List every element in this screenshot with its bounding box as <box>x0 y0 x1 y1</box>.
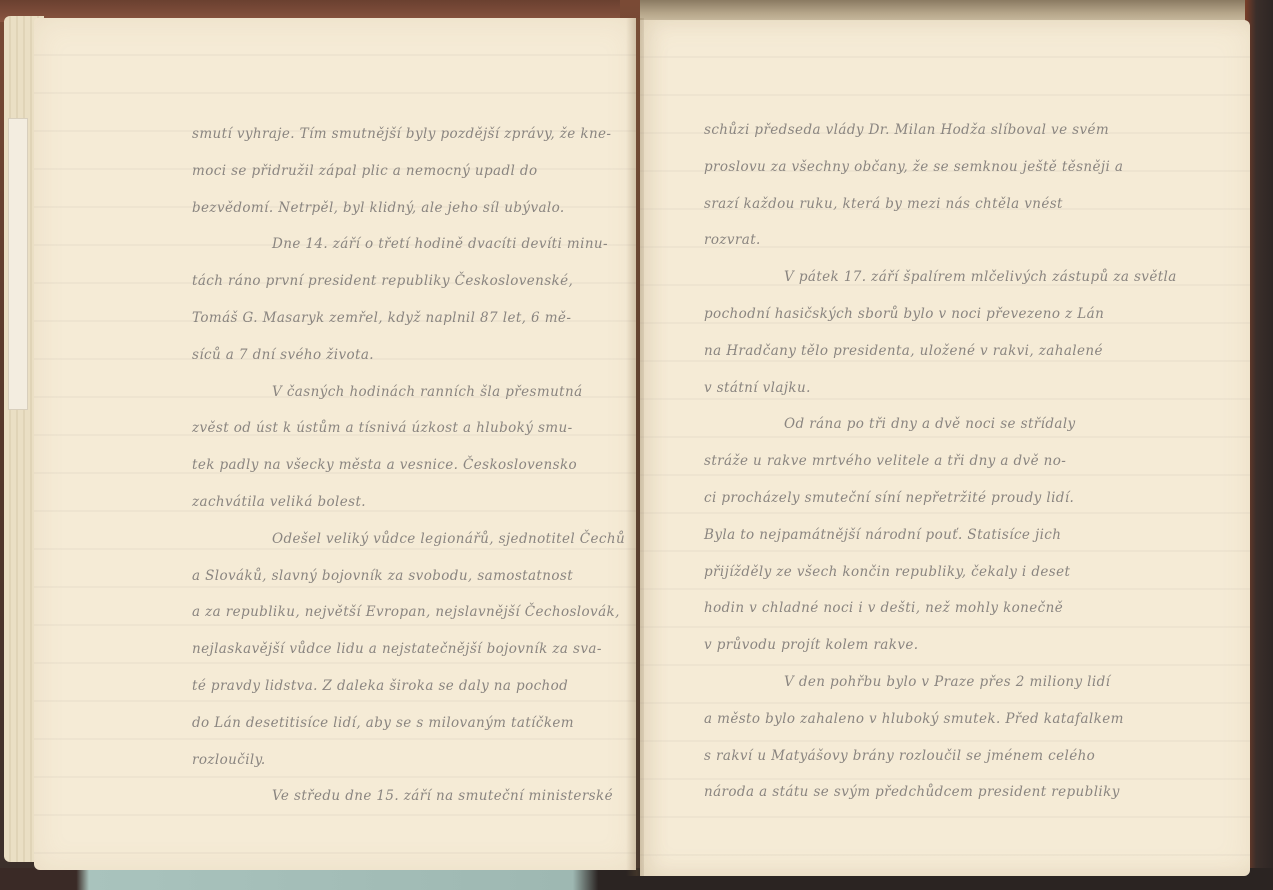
handwritten-line: Od rána po tři dny a dvě noci se střídal… <box>704 406 1164 443</box>
handwritten-line: síců a 7 dní svého života. <box>192 337 642 374</box>
left-page: smutí vyhraje. Tím smutnější byly pozděj… <box>34 18 636 870</box>
handwritten-line: V pátek 17. září špalírem mlčelivých zás… <box>704 259 1164 296</box>
handwritten-line: Ve středu dne 15. září na smuteční minis… <box>192 778 642 815</box>
handwritten-line: V časných hodinách ranních šla přesmutná <box>192 374 642 411</box>
right-page-text: schůzi předseda vlády Dr. Milan Hodža sl… <box>704 112 1164 811</box>
handwritten-line: do Lán desetitisíce lidí, aby se s milov… <box>192 705 642 742</box>
handwritten-line: národa a státu se svým předchůdcem presi… <box>704 774 1164 811</box>
handwritten-line: bezvědomí. Netrpěl, byl klidný, ale jeho… <box>192 190 642 227</box>
handwritten-line: a za republiku, největší Evropan, nejsla… <box>192 594 642 631</box>
handwritten-line: a Slováků, slavný bojovník za svobodu, s… <box>192 558 642 595</box>
left-page-text: smutí vyhraje. Tím smutnější byly pozděj… <box>192 116 642 815</box>
handwritten-line: s rakví u Matyášovy brány rozloučil se j… <box>704 738 1164 775</box>
page-block-top-edge <box>640 0 1245 22</box>
handwritten-line: zachvátila veliká bolest. <box>192 484 642 521</box>
handwritten-line: rozvrat. <box>704 222 1164 259</box>
handwritten-line: ci procházely smuteční síní nepřetržité … <box>704 480 1164 517</box>
handwritten-line: pochodní hasičských sborů bylo v noci př… <box>704 296 1164 333</box>
book-gutter <box>626 18 644 876</box>
bookmark-tab <box>8 118 28 410</box>
handwritten-line: stráže u rakve mrtvého velitele a tři dn… <box>704 443 1164 480</box>
handwritten-line: té pravdy lidstva. Z daleka široka se da… <box>192 668 642 705</box>
handwritten-line: tách ráno první president republiky Česk… <box>192 263 642 300</box>
handwritten-line: v státní vlajku. <box>704 370 1164 407</box>
handwritten-line: rozloučily. <box>192 742 642 779</box>
handwritten-line: v průvodu projít kolem rakve. <box>704 627 1164 664</box>
handwritten-line: srazí každou ruku, která by mezi nás cht… <box>704 186 1164 223</box>
handwritten-line: schůzi předseda vlády Dr. Milan Hodža sl… <box>704 112 1164 149</box>
handwritten-line: tek padly na všecky města a vesnice. Čes… <box>192 447 642 484</box>
right-page: schůzi předseda vlády Dr. Milan Hodža sl… <box>640 20 1250 876</box>
handwritten-line: hodin v chladné noci i v dešti, než mohl… <box>704 590 1164 627</box>
handwritten-line: na Hradčany tělo presidenta, uložené v r… <box>704 333 1164 370</box>
handwritten-line: Byla to nejpamátnější národní pouť. Stat… <box>704 517 1164 554</box>
handwritten-line: Dne 14. září o třetí hodině dvacíti deví… <box>192 226 642 263</box>
handwritten-line: smutí vyhraje. Tím smutnější byly pozděj… <box>192 116 642 153</box>
handwritten-line: moci se přidružil zápal plic a nemocný u… <box>192 153 642 190</box>
handwritten-line: přijížděly ze všech končin republiky, če… <box>704 554 1164 591</box>
handwritten-line: Tomáš G. Masaryk zemřel, když naplnil 87… <box>192 300 642 337</box>
handwritten-line: nejlaskavější vůdce lidu a nejstatečnějš… <box>192 631 642 668</box>
handwritten-line: V den pohřbu bylo v Praze přes 2 miliony… <box>704 664 1164 701</box>
handwritten-line: a město bylo zahaleno v hluboký smutek. … <box>704 701 1164 738</box>
handwritten-line: proslovu za všechny občany, že se semkno… <box>704 149 1164 186</box>
handwritten-line: Odešel veliký vůdce legionářů, sjednotit… <box>192 521 642 558</box>
handwritten-line: zvěst od úst k ústům a tísnivá úzkost a … <box>192 410 642 447</box>
